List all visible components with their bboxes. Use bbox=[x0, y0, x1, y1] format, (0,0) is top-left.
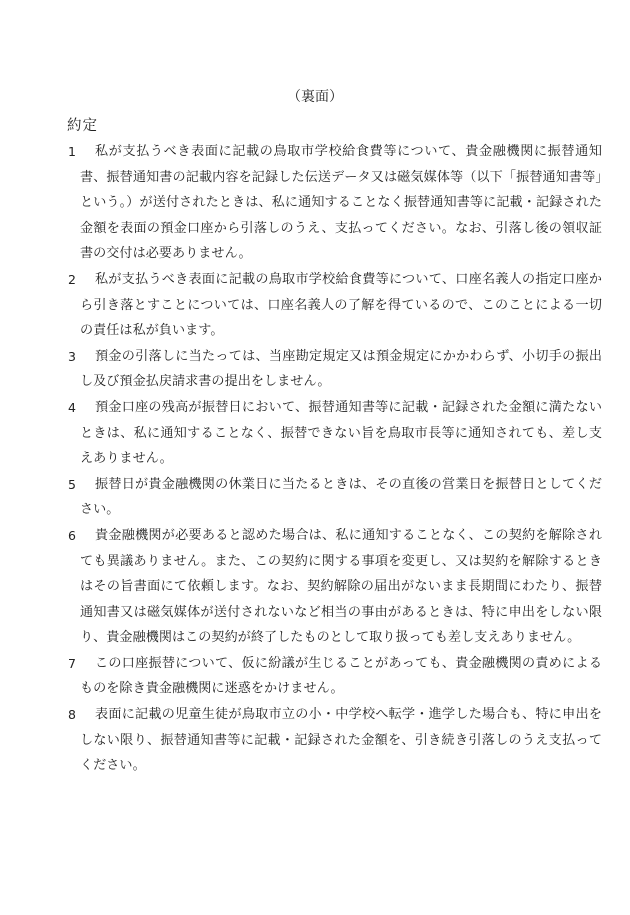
clause-text: 振替日が貴金融機関の休業日に当たるときは、その直後の営業日を振替日としてください… bbox=[80, 472, 602, 523]
clause-4: 4 預金口座の残高が振替日において、振替通知書等に記載・記録された金額に満たない… bbox=[68, 395, 602, 472]
clause-number: 3 bbox=[68, 344, 80, 370]
clause-number: 5 bbox=[68, 472, 80, 498]
page-title: （裏面） bbox=[0, 86, 630, 106]
clause-number: 8 bbox=[68, 702, 80, 728]
clause-6: 6 貴金融機関が必要あると認めた場合は、私に通知することなく、この契約を解除され… bbox=[68, 523, 602, 651]
clause-text: 私が支払うべき表面に記載の鳥取市学校給食費等について、貴金融機関に振替通知書、振… bbox=[80, 139, 602, 267]
clause-list: 1 私が支払うべき表面に記載の鳥取市学校給食費等について、貴金融機関に振替通知書… bbox=[68, 139, 602, 779]
clause-text: 私が支払うべき表面に記載の鳥取市学校給食費等について、口座名義人の指定口座から引… bbox=[80, 267, 602, 344]
clause-7: 7 この口座振替について、仮に紛議が生じることがあっても、貴金融機関の責めによる… bbox=[68, 651, 602, 702]
clause-8: 8 表面に記載の児童生徒が鳥取市立の小・中学校へ転学・進学した場合も、特に申出を… bbox=[68, 702, 602, 779]
clause-1: 1 私が支払うべき表面に記載の鳥取市学校給食費等について、貴金融機関に振替通知書… bbox=[68, 139, 602, 267]
clause-text: 預金の引落しに当たっては、当座勘定規定又は預金規定にかかわらず、小切手の振出し及… bbox=[80, 344, 602, 395]
clause-text: この口座振替について、仮に紛議が生じることがあっても、貴金融機関の責めによるもの… bbox=[80, 651, 602, 702]
clause-text: 表面に記載の児童生徒が鳥取市立の小・中学校へ転学・進学した場合も、特に申出をしな… bbox=[80, 702, 602, 779]
clause-number: 7 bbox=[68, 651, 80, 677]
section-heading: 約定 bbox=[67, 114, 98, 135]
clause-3: 3 預金の引落しに当たっては、当座勘定規定又は預金規定にかかわらず、小切手の振出… bbox=[68, 344, 602, 395]
clause-2: 2 私が支払うべき表面に記載の鳥取市学校給食費等について、口座名義人の指定口座か… bbox=[68, 267, 602, 344]
clause-number: 6 bbox=[68, 523, 80, 549]
clause-text: 預金口座の残高が振替日において、振替通知書等に記載・記録された金額に満たないとき… bbox=[80, 395, 602, 472]
clause-5: 5 振替日が貴金融機関の休業日に当たるときは、その直後の営業日を振替日としてくだ… bbox=[68, 472, 602, 523]
clause-number: 2 bbox=[68, 267, 80, 293]
clause-number: 4 bbox=[68, 395, 80, 421]
clause-number: 1 bbox=[68, 139, 80, 165]
clause-text: 貴金融機関が必要あると認めた場合は、私に通知することなく、この契約を解除されても… bbox=[80, 523, 602, 651]
